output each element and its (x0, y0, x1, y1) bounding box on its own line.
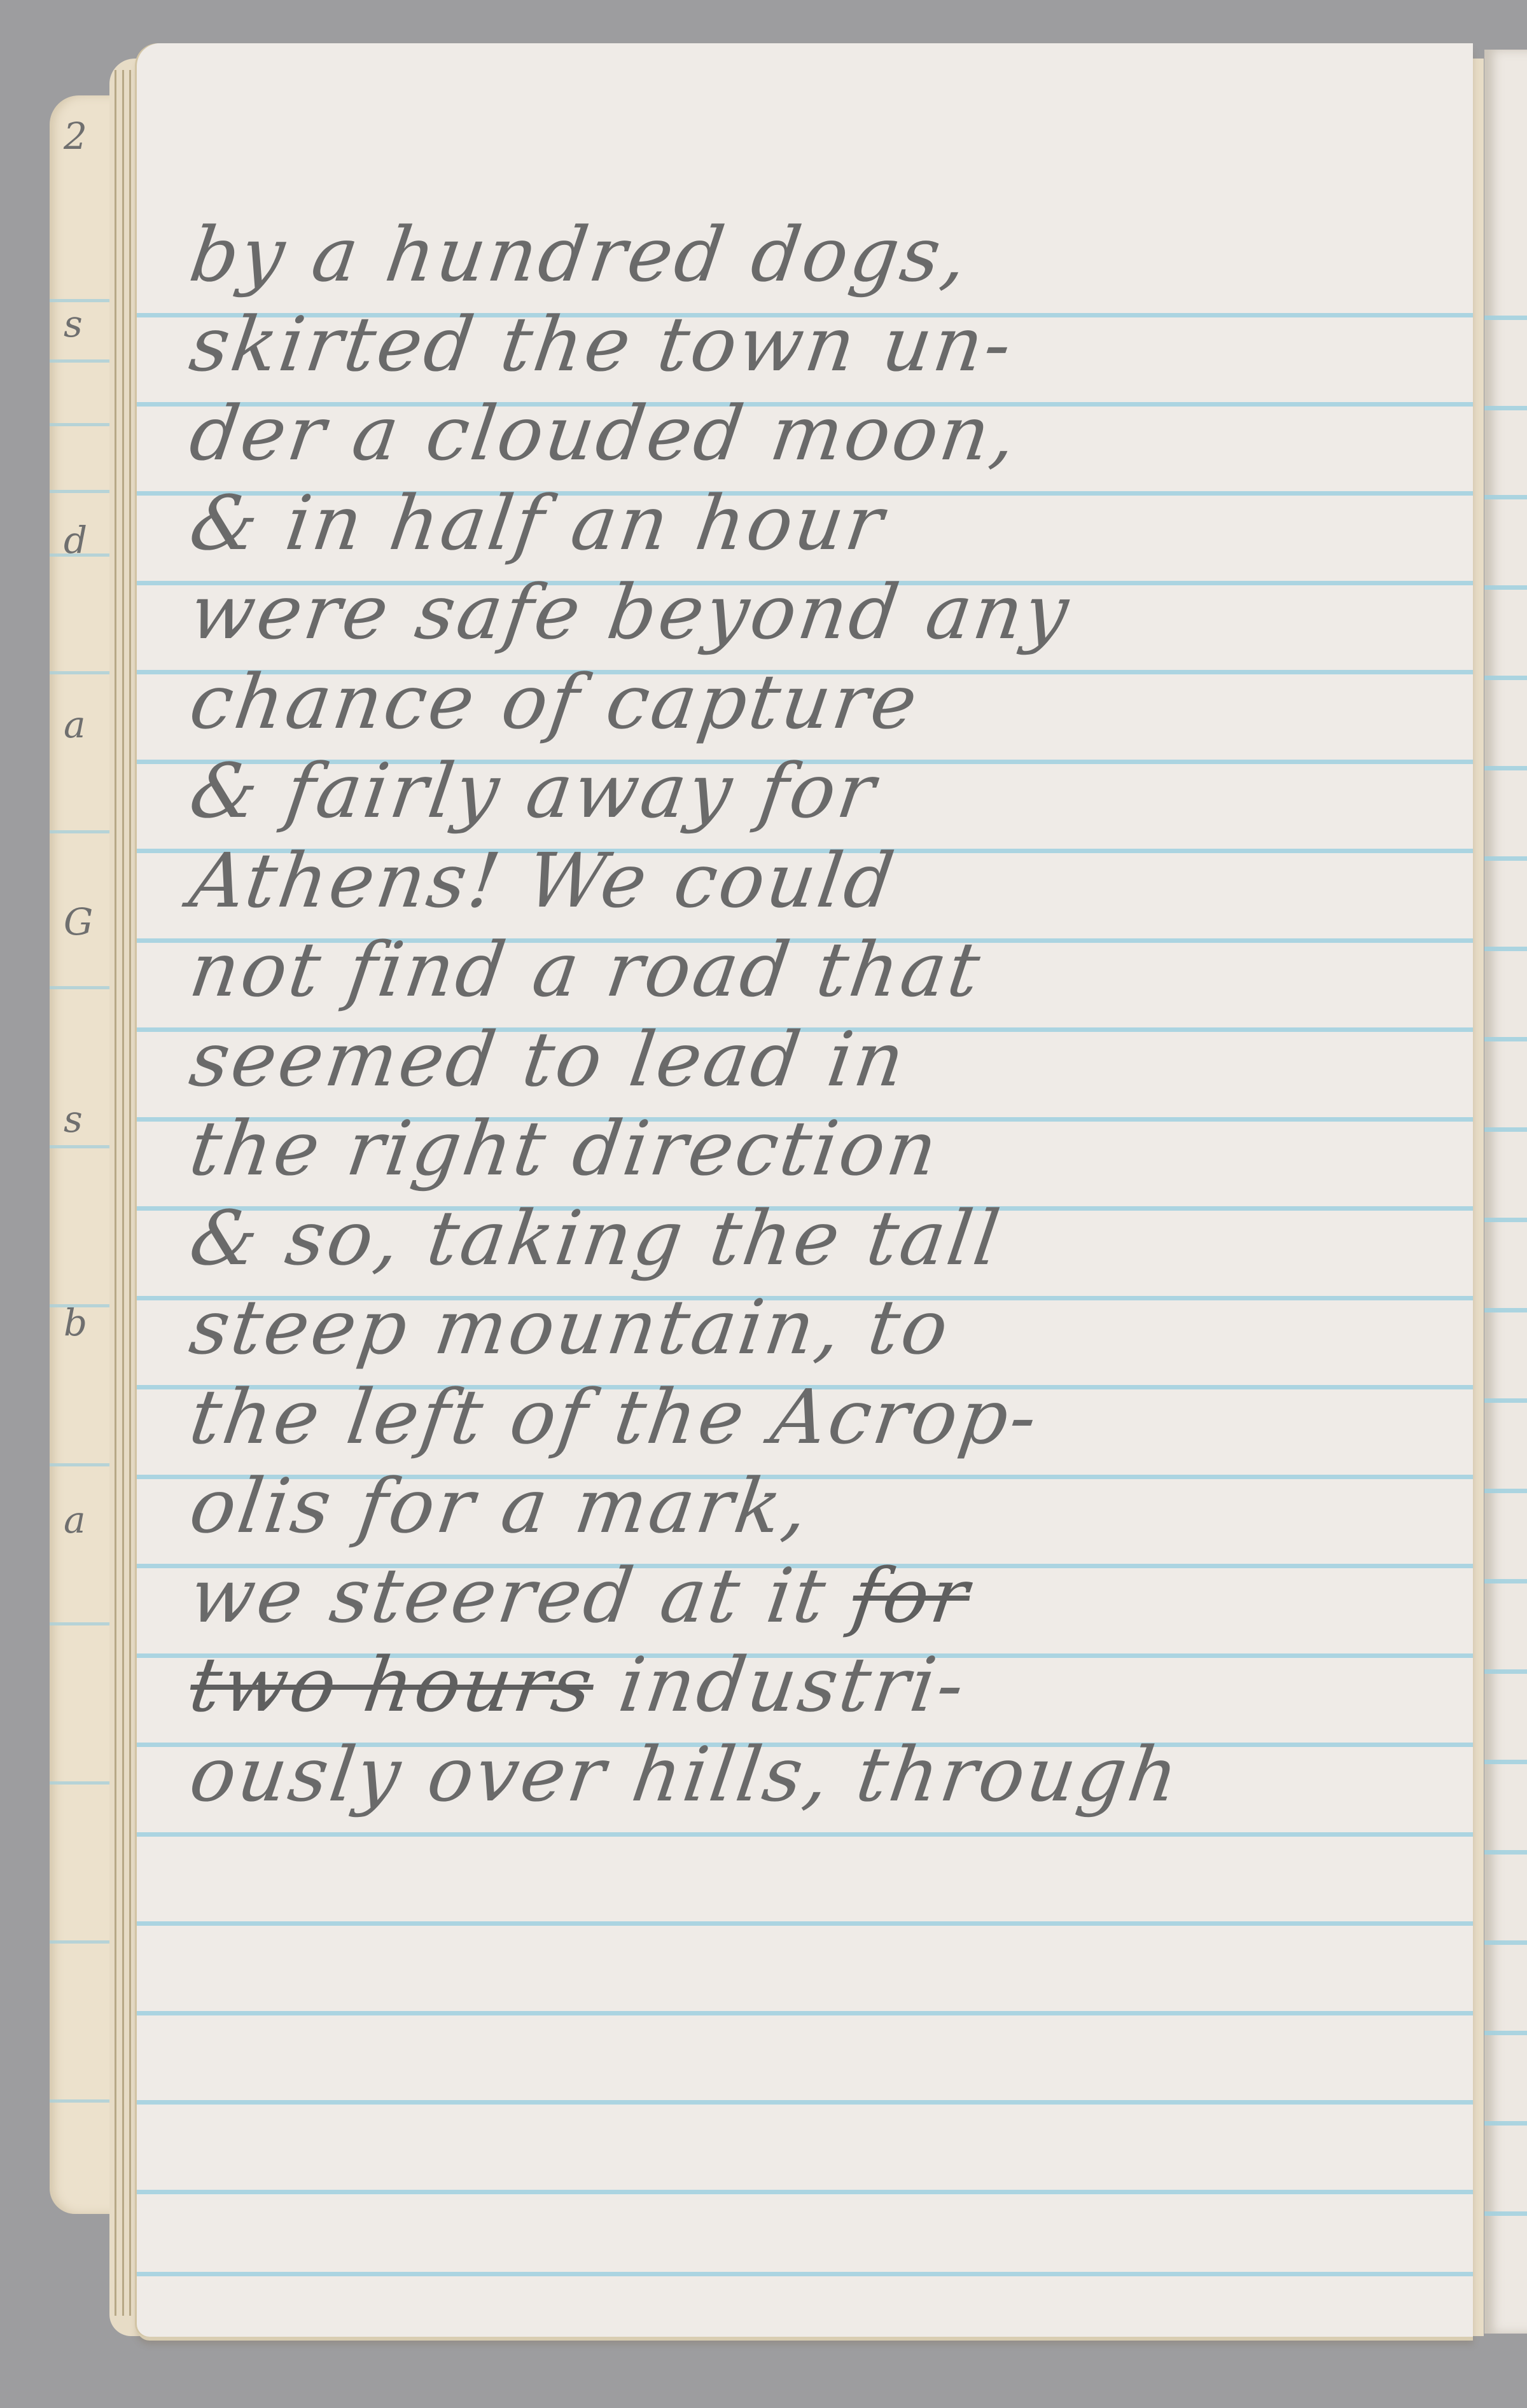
text-line: steep mountain, to (185, 1283, 1457, 1372)
margin-mark: G (64, 903, 108, 940)
rule-line (50, 671, 113, 674)
rule-line (1484, 856, 1527, 861)
margin-mark: b (64, 1304, 108, 1341)
rule-line (1484, 2211, 1527, 2216)
rule-line (1484, 1489, 1527, 1493)
rule-line (50, 1781, 113, 1785)
rule-line (50, 359, 113, 363)
margin-mark: 2 (64, 118, 108, 155)
rule-line (1484, 1760, 1527, 1764)
rule-line (1484, 1579, 1527, 1583)
text-line: seemed to lead in (185, 1015, 1457, 1104)
page-edge-line (122, 70, 124, 2316)
text-line: the left of the Acrop- (185, 1372, 1457, 1462)
struck-word: two hours (185, 1641, 599, 1729)
text-line: two hours industri- (185, 1640, 1457, 1730)
rule-line (1484, 676, 1527, 680)
text-line: were safe beyond any (185, 567, 1457, 657)
text-line: ously over hills, through (185, 1730, 1457, 1820)
rule-line (1484, 316, 1527, 320)
rule-line (1484, 2031, 1527, 2035)
rule-line (50, 1940, 113, 1944)
margin-mark: s (64, 1101, 108, 1138)
text-line: skirted the town un- (185, 300, 1457, 389)
rule-line (50, 986, 113, 989)
rule-line (50, 2099, 113, 2103)
rule-line (1484, 2121, 1527, 2126)
rule-line (137, 2100, 1473, 2105)
rule-line (137, 2011, 1473, 2015)
page-edge-line (129, 70, 131, 2316)
rule-line (1484, 406, 1527, 410)
rule-line (1484, 1669, 1527, 1674)
rule-line (50, 490, 113, 493)
text-line: by a hundred dogs, (185, 210, 1457, 300)
rule-line (1484, 1127, 1527, 1132)
handwritten-text: by a hundred dogs, skirted the town un- … (191, 210, 1451, 1819)
text-line: chance of capture (185, 657, 1457, 747)
struck-word: for (847, 1552, 977, 1639)
rule-line (50, 830, 113, 833)
text-line: we steered at it for (185, 1551, 1457, 1641)
text-line: der a clouded moon, (185, 389, 1457, 478)
rule-line (1484, 766, 1527, 770)
rule-line (137, 1832, 1473, 1837)
text-line: & in half an hour (185, 478, 1457, 568)
text-line: & so, taking the tall (185, 1194, 1457, 1283)
rule-line (50, 1622, 113, 1625)
rule-line (1484, 1308, 1527, 1312)
margin-mark: s (64, 305, 108, 342)
rule-line (137, 1921, 1473, 1926)
text-line: Athens! We could (185, 836, 1457, 926)
text-line: & fairly away for (185, 746, 1457, 836)
rule-line (137, 2190, 1473, 2194)
text-line: not find a road that (185, 925, 1457, 1015)
margin-mark: d (64, 522, 108, 559)
text-line: the right direction (185, 1104, 1457, 1194)
rule-line (50, 1463, 113, 1466)
rule-line (1484, 585, 1527, 590)
rule-line (50, 1145, 113, 1148)
margin-mark: a (64, 706, 108, 743)
page-edge-line (115, 70, 116, 2316)
rule-line (1484, 495, 1527, 499)
rule-line (1484, 1850, 1527, 1855)
rule-line (1484, 1940, 1527, 1945)
rule-line (1484, 1037, 1527, 1041)
margin-mark: a (64, 1501, 108, 1538)
rule-line (50, 423, 113, 426)
facing-page-edge (1484, 50, 1527, 2334)
rule-line (1484, 1218, 1527, 1222)
rule-line (1484, 1398, 1527, 1403)
rule-line (137, 2272, 1473, 2276)
rule-line (1484, 947, 1527, 951)
text-line: olis for a mark, (185, 1461, 1457, 1551)
